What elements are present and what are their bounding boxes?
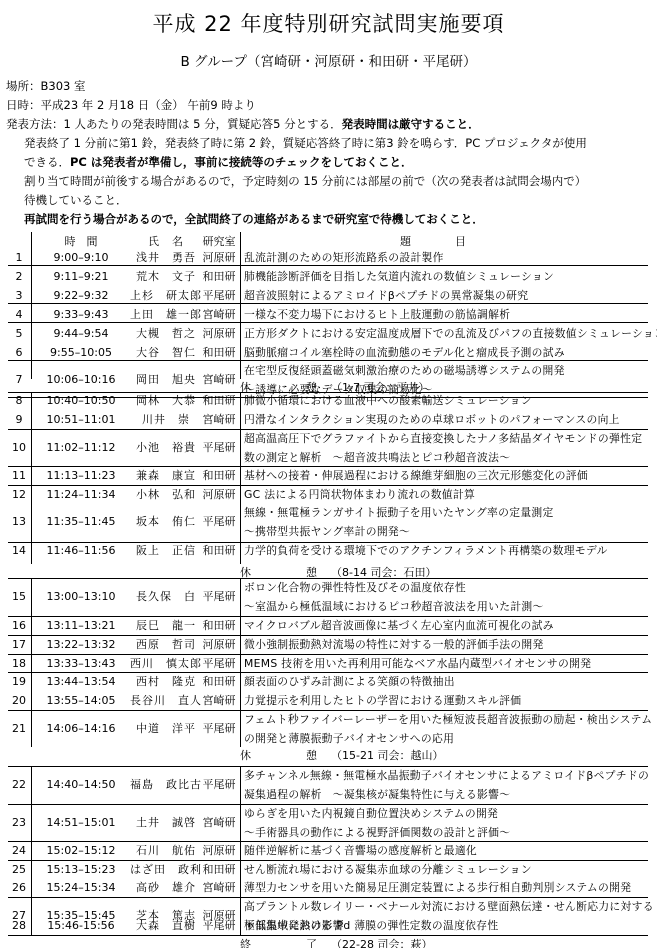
presenter-name: 西原 哲司 [128, 638, 204, 651]
presentation-time: 9:33–9:43 [36, 308, 126, 321]
presentation-time: 11:02–11:12 [36, 441, 126, 454]
bell-info-line2: できる．PC は発表者が準備し，事前に接続等のチェックをしておくこと． [24, 154, 413, 170]
lab-name: 河原研 [198, 251, 240, 264]
row-number: 25 [8, 863, 30, 876]
presentation-title: 力学的負荷を受ける環境下でのアクチンフィラメント再構築の数理モデル [244, 544, 608, 557]
method-emphasis: 発表時間は厳守すること． [342, 117, 480, 131]
row-divider [8, 485, 648, 486]
column-divider [240, 392, 241, 564]
presentation-title: 円滑なインタラクション実現のための卓球ロボットのパフォーマンスの向上 [244, 413, 620, 426]
presentation-title: マイクロバブル超音波画像に基づく左心室内血流可視化の試み [244, 619, 554, 632]
row-number: 13 [8, 515, 30, 528]
presentation-time: 13:22–13:32 [36, 638, 126, 651]
row-divider [8, 841, 648, 842]
row-divider [8, 672, 648, 673]
lab-name: 和田研 [198, 346, 240, 359]
presentation-time: 15:46-15:56 [36, 919, 126, 932]
presentation-title: 肺微小循環における血液中への酸素輸送シミュレーション [244, 394, 532, 407]
presentation-time: 13:44–13:54 [36, 675, 126, 688]
row-divider [8, 466, 648, 467]
column-divider [31, 578, 32, 747]
presenter-name: 西村 隆克 [128, 675, 204, 688]
presentation-title: 薄型力センサを用いた簡易足圧測定装置による歩行相自動判別システムの開発 [244, 881, 631, 894]
row-divider [8, 860, 648, 861]
lab-name: 和田研 [198, 270, 240, 283]
row-number: 6 [8, 346, 30, 359]
presentation-title: フェムト秒ファイバーレーザーを用いた極短波長超音波振動の励起・検出システム [244, 713, 652, 726]
presentation-time: 10:40–10:50 [36, 394, 126, 407]
presenter-name: 浅井 勇吾 [128, 251, 204, 264]
row-divider [8, 429, 648, 430]
pc-emphasis: PC は発表者が準備し，事前に接続等のチェックをしておくこと． [70, 155, 413, 169]
row-number: 9 [8, 413, 30, 426]
retest-notice: 再試問を行う場合があるので，全試問終了の連絡があるまで研究室で待機しておくこと． [24, 211, 484, 227]
presentation-time: 13:11–13:21 [36, 619, 126, 632]
column-divider [240, 578, 241, 747]
row-number: 21 [8, 722, 30, 735]
row-divider [8, 322, 648, 323]
column-divider [31, 766, 32, 935]
lab-name: 和田研 [198, 675, 240, 688]
lab-name: 平尾研 [198, 590, 240, 603]
presentation-title: 多チャンネル無線・無電極水晶振動子バイオセンサによるアミロイドβペプチドの [244, 769, 649, 782]
presentation-time: 14:51–15:01 [36, 816, 126, 829]
row-number: 22 [8, 778, 30, 791]
presentation-time: 13:00–13:10 [36, 590, 126, 603]
presentation-title: ゆらぎを用いた内視鏡自動位置決めシステムの開発 [244, 807, 498, 820]
presenter-name: 岡林 大恭 [128, 394, 204, 407]
row-number: 7 [8, 373, 30, 386]
row-number: 15 [8, 590, 30, 603]
presentation-time: 11:35–11:45 [36, 515, 126, 528]
lab-name: 平尾研 [198, 289, 240, 302]
presenter-name: 石川 航佑 [128, 844, 204, 857]
presentation-title: 一様な不変力場下におけるヒト上肢運動の筋協調解析 [244, 308, 510, 321]
row-divider [8, 766, 648, 767]
presentation-title: 力覚提示を利用したヒトの学習における運動スキル評価 [244, 694, 521, 707]
presentation-title: 顔表面のひずみ計測による笑顔の特徴抽出 [244, 675, 455, 688]
presentation-title: 正方形ダクトにおける安定温度成層下での乱流及びパフの直接数値シミュレーション [244, 327, 657, 340]
lab-name: 和田研 [198, 863, 240, 876]
presentation-time: 10:51–11:01 [36, 413, 126, 426]
presentation-title: 乱流計測のための矩形流路系の設計製作 [244, 251, 444, 264]
row-divider [8, 265, 648, 266]
header-time: 時 間 [36, 235, 126, 248]
presentation-title: ボロン化合物の弾性特性及びその温度依存性 [244, 581, 466, 594]
presenter-name: 川井 崇 [128, 413, 204, 426]
group-subtitle: B グループ（宮崎研・河原研・和田研・平尾研） [0, 50, 657, 70]
presentation-title: せん断流れ場における凝集赤血球の分離シミュレーション [244, 863, 532, 876]
row-number: 19 [8, 675, 30, 688]
place-info: 場所：B303 室 [6, 78, 86, 94]
break-label: 終 了 [240, 938, 317, 948]
bell-text: できる． [24, 155, 70, 169]
presenter-name: 荒木 文子 [128, 270, 204, 283]
lab-name: 和田研 [198, 544, 240, 557]
break-label: 休 憩 [240, 749, 317, 762]
lab-name: 宮崎研 [198, 373, 240, 386]
presentation-title: 在宅型反復経頭蓋磁気刺激治療のための磁場誘導システムの開発 [244, 364, 565, 377]
presenter-name: 長谷川 直人 [128, 694, 204, 707]
header-name: 氏 名 [128, 235, 204, 248]
header-title: 題 目 [400, 235, 466, 248]
presentation-time: 15:02–15:12 [36, 844, 126, 857]
presentation-title: の開発と薄膜振動子バイオセンサへの応用 [244, 732, 454, 745]
presentation-time: 15:13–15:23 [36, 863, 126, 876]
presentation-title: 〜携帯型共振ヤング率計の開発〜 [244, 525, 410, 538]
row-divider [8, 542, 648, 543]
presenter-name: 坂本 侑仁 [128, 515, 204, 528]
lab-name: 宮崎研 [198, 308, 240, 321]
presentation-title: 肺機能診断評価を目指した気道内流れの数値シミュレーション [244, 270, 554, 283]
lab-name: 河原研 [198, 844, 240, 857]
lab-name: 河原研 [198, 638, 240, 651]
presentation-time: 9:00–9:10 [36, 251, 126, 264]
break-chair: （22-28 司会：萩） [331, 938, 432, 948]
presentation-time: 11:13–11:23 [36, 469, 126, 482]
break-chair: （15-21 司会：越山） [331, 749, 443, 762]
row-divider [8, 303, 648, 304]
presenter-name: 小林 弘和 [128, 488, 204, 501]
presenter-name: 福島 政比古 [128, 778, 204, 791]
datetime-info: 日時：平成23 年 2 月18 日（金） 午前9 時より [6, 97, 256, 113]
row-divider [8, 392, 648, 393]
lab-name: 和田研 [198, 469, 240, 482]
row-divider [8, 616, 648, 617]
presenter-name: 上杉 研太郎 [128, 289, 204, 302]
row-number: 26 [8, 881, 30, 894]
lab-name: 平尾研 [198, 657, 240, 670]
row-number: 12 [8, 488, 30, 501]
wait-info-line1: 割り当て時間が前後する場合があるので，予定時刻の 15 分前には部屋の前で（次の… [24, 173, 586, 189]
row-number: 5 [8, 327, 30, 340]
lab-name: 河原研 [198, 488, 240, 501]
row-number: 23 [8, 816, 30, 829]
presenter-name: 阪上 正信 [128, 544, 204, 557]
presentation-time: 10:06–10:16 [36, 373, 126, 386]
presentation-time: 9:22–9:32 [36, 289, 126, 302]
presenter-name: はざ田 政利 [128, 863, 204, 876]
presentation-title: 高プラントル数レイリー・ベナール対流における壁面熱伝達・せん断応力に対する [244, 900, 654, 913]
presentation-time: 11:46–11:56 [36, 544, 126, 557]
row-number: 4 [8, 308, 30, 321]
header-lab: 研究室 [198, 235, 240, 248]
break-row: 休 憩（15-21 司会：越山） [240, 747, 443, 763]
lab-name: 宮崎研 [198, 816, 240, 829]
lab-name: 和田研 [198, 394, 240, 407]
row-divider [8, 897, 648, 898]
presenter-name: 高砂 雄介 [128, 881, 204, 894]
presenter-name: 上田 雄一郎 [128, 308, 204, 321]
row-divider [8, 804, 648, 805]
presentation-title: GC 法による円筒状物体まわり流れの数値計算 [244, 488, 475, 501]
row-number: 2 [8, 270, 30, 283]
presentation-title: MEMS 技術を用いた再利用可能なベア水晶内蔵型バイオセンサの開発 [244, 657, 591, 670]
presenter-name: 兼森 康宣 [128, 469, 204, 482]
row-divider [8, 635, 648, 636]
presenter-name: 大槻 哲之 [128, 327, 204, 340]
row-number: 24 [8, 844, 30, 857]
presenter-name: 土井 誠啓 [128, 816, 204, 829]
presenter-name: 中道 洋平 [128, 722, 204, 735]
lab-name: 平尾研 [198, 722, 240, 735]
break-row: 終 了（22-28 司会：萩） [240, 936, 432, 948]
row-divider [8, 360, 648, 361]
presentation-time: 14:06–14:16 [36, 722, 126, 735]
presenter-name: 大森 直樹 [128, 919, 204, 932]
presentation-title: 無線・無電極ランガサイト振動子を用いたヤング率の定量測定 [244, 506, 554, 519]
row-number: 1 [8, 251, 30, 264]
method-info: 発表方法：1 人あたりの発表時間は 5 分，質疑応答5 分とする．発表時間は厳守… [6, 116, 480, 132]
row-number: 11 [8, 469, 30, 482]
presentation-title: 微小強制振動熱対流場の特性に対する一般的評価手法の開発 [244, 638, 544, 651]
wait-info-line2: 待機していること． [24, 192, 128, 208]
presentation-title: 超高温高圧下でグラファイトから直接変換したナノ多結晶ダイヤモンドの弾性定 [244, 432, 642, 445]
lab-name: 和田研 [198, 619, 240, 632]
presenter-name: 大谷 智仁 [128, 346, 204, 359]
presentation-time: 11:24–11:34 [36, 488, 126, 501]
lab-name: 宮崎研 [198, 881, 240, 894]
presentation-title: 数の測定と解析 〜超音波共鳴法とピコ秒超音波法〜 [244, 451, 510, 464]
presentation-title: 〜手術器具の動作による視野評価関数の設計と評価〜 [244, 826, 510, 839]
lab-name: 平尾研 [198, 515, 240, 528]
column-divider [31, 232, 32, 379]
lab-name: 宮崎研 [198, 694, 240, 707]
row-divider [8, 397, 648, 398]
lab-name: 平尾研 [198, 919, 240, 932]
row-number: 3 [8, 289, 30, 302]
presentation-time: 9:55–10:05 [36, 346, 126, 359]
presentation-time: 14:40–14:50 [36, 778, 126, 791]
presentation-time: 9:44–9:54 [36, 327, 126, 340]
presentation-time: 15:24–15:34 [36, 881, 126, 894]
presentation-title: 超音波照射によるアミロイドβペプチドの異常凝集の研究 [244, 289, 528, 302]
method-text: 発表方法：1 人あたりの発表時間は 5 分，質疑応答5 分とする． [6, 117, 342, 131]
presentation-title: 凝集過程の解析 〜凝集核が凝集特性に与える影響〜 [244, 788, 510, 801]
lab-name: 宮崎研 [198, 413, 240, 426]
presenter-name: 長久保 白 [128, 590, 204, 603]
presentation-time: 13:55–14:05 [36, 694, 126, 707]
row-divider [8, 710, 648, 711]
presentation-title: 基材への接着・伸展過程における線維芽細胞の三次元形態変化の評価 [244, 469, 588, 482]
presenter-name: 辰巳 龍一 [128, 619, 204, 632]
row-number: 20 [8, 694, 30, 707]
row-number: 16 [8, 619, 30, 632]
column-divider [31, 392, 32, 564]
page-title: 平成 22 年度特別研究試問実施要項 [0, 8, 657, 38]
row-divider [8, 578, 648, 579]
row-number: 17 [8, 638, 30, 651]
lab-name: 河原研 [198, 327, 240, 340]
presentation-title: 〜室温から極低温域におけるピコ秒超音波法を用いた計測〜 [244, 600, 544, 613]
row-number: 28 [8, 919, 30, 932]
presentation-time: 9:11–9:21 [36, 270, 126, 283]
row-divider [8, 654, 648, 655]
presentation-title: 脳動脈瘤コイル塞栓時の血流動態のモデル化と瘤成長予測の試み [244, 346, 565, 359]
presenter-name: 岡田 旭央 [128, 373, 204, 386]
row-number: 14 [8, 544, 30, 557]
lab-name: 平尾研 [198, 441, 240, 454]
presentation-title: 随伴逆解析に基づく音響場の感度解析と最適化 [244, 844, 477, 857]
presenter-name: 小池 裕貴 [128, 441, 204, 454]
presentation-time: 13:33–13:43 [36, 657, 126, 670]
row-number: 8 [8, 394, 30, 407]
column-divider [240, 232, 241, 379]
column-divider [240, 766, 241, 935]
lab-name: 平尾研 [198, 778, 240, 791]
presenter-name: 西川 慎太郎 [128, 657, 204, 670]
bell-info-line1: 発表終了 1 分前に第1 鈴，発表終了時に第 2 鈴，質疑応答終了時に第3 鈴を… [24, 135, 587, 151]
row-number: 18 [8, 657, 30, 670]
row-number: 10 [8, 441, 30, 454]
presentation-title: 極低温域における Pd 薄膜の弾性定数の温度依存性 [244, 919, 498, 932]
